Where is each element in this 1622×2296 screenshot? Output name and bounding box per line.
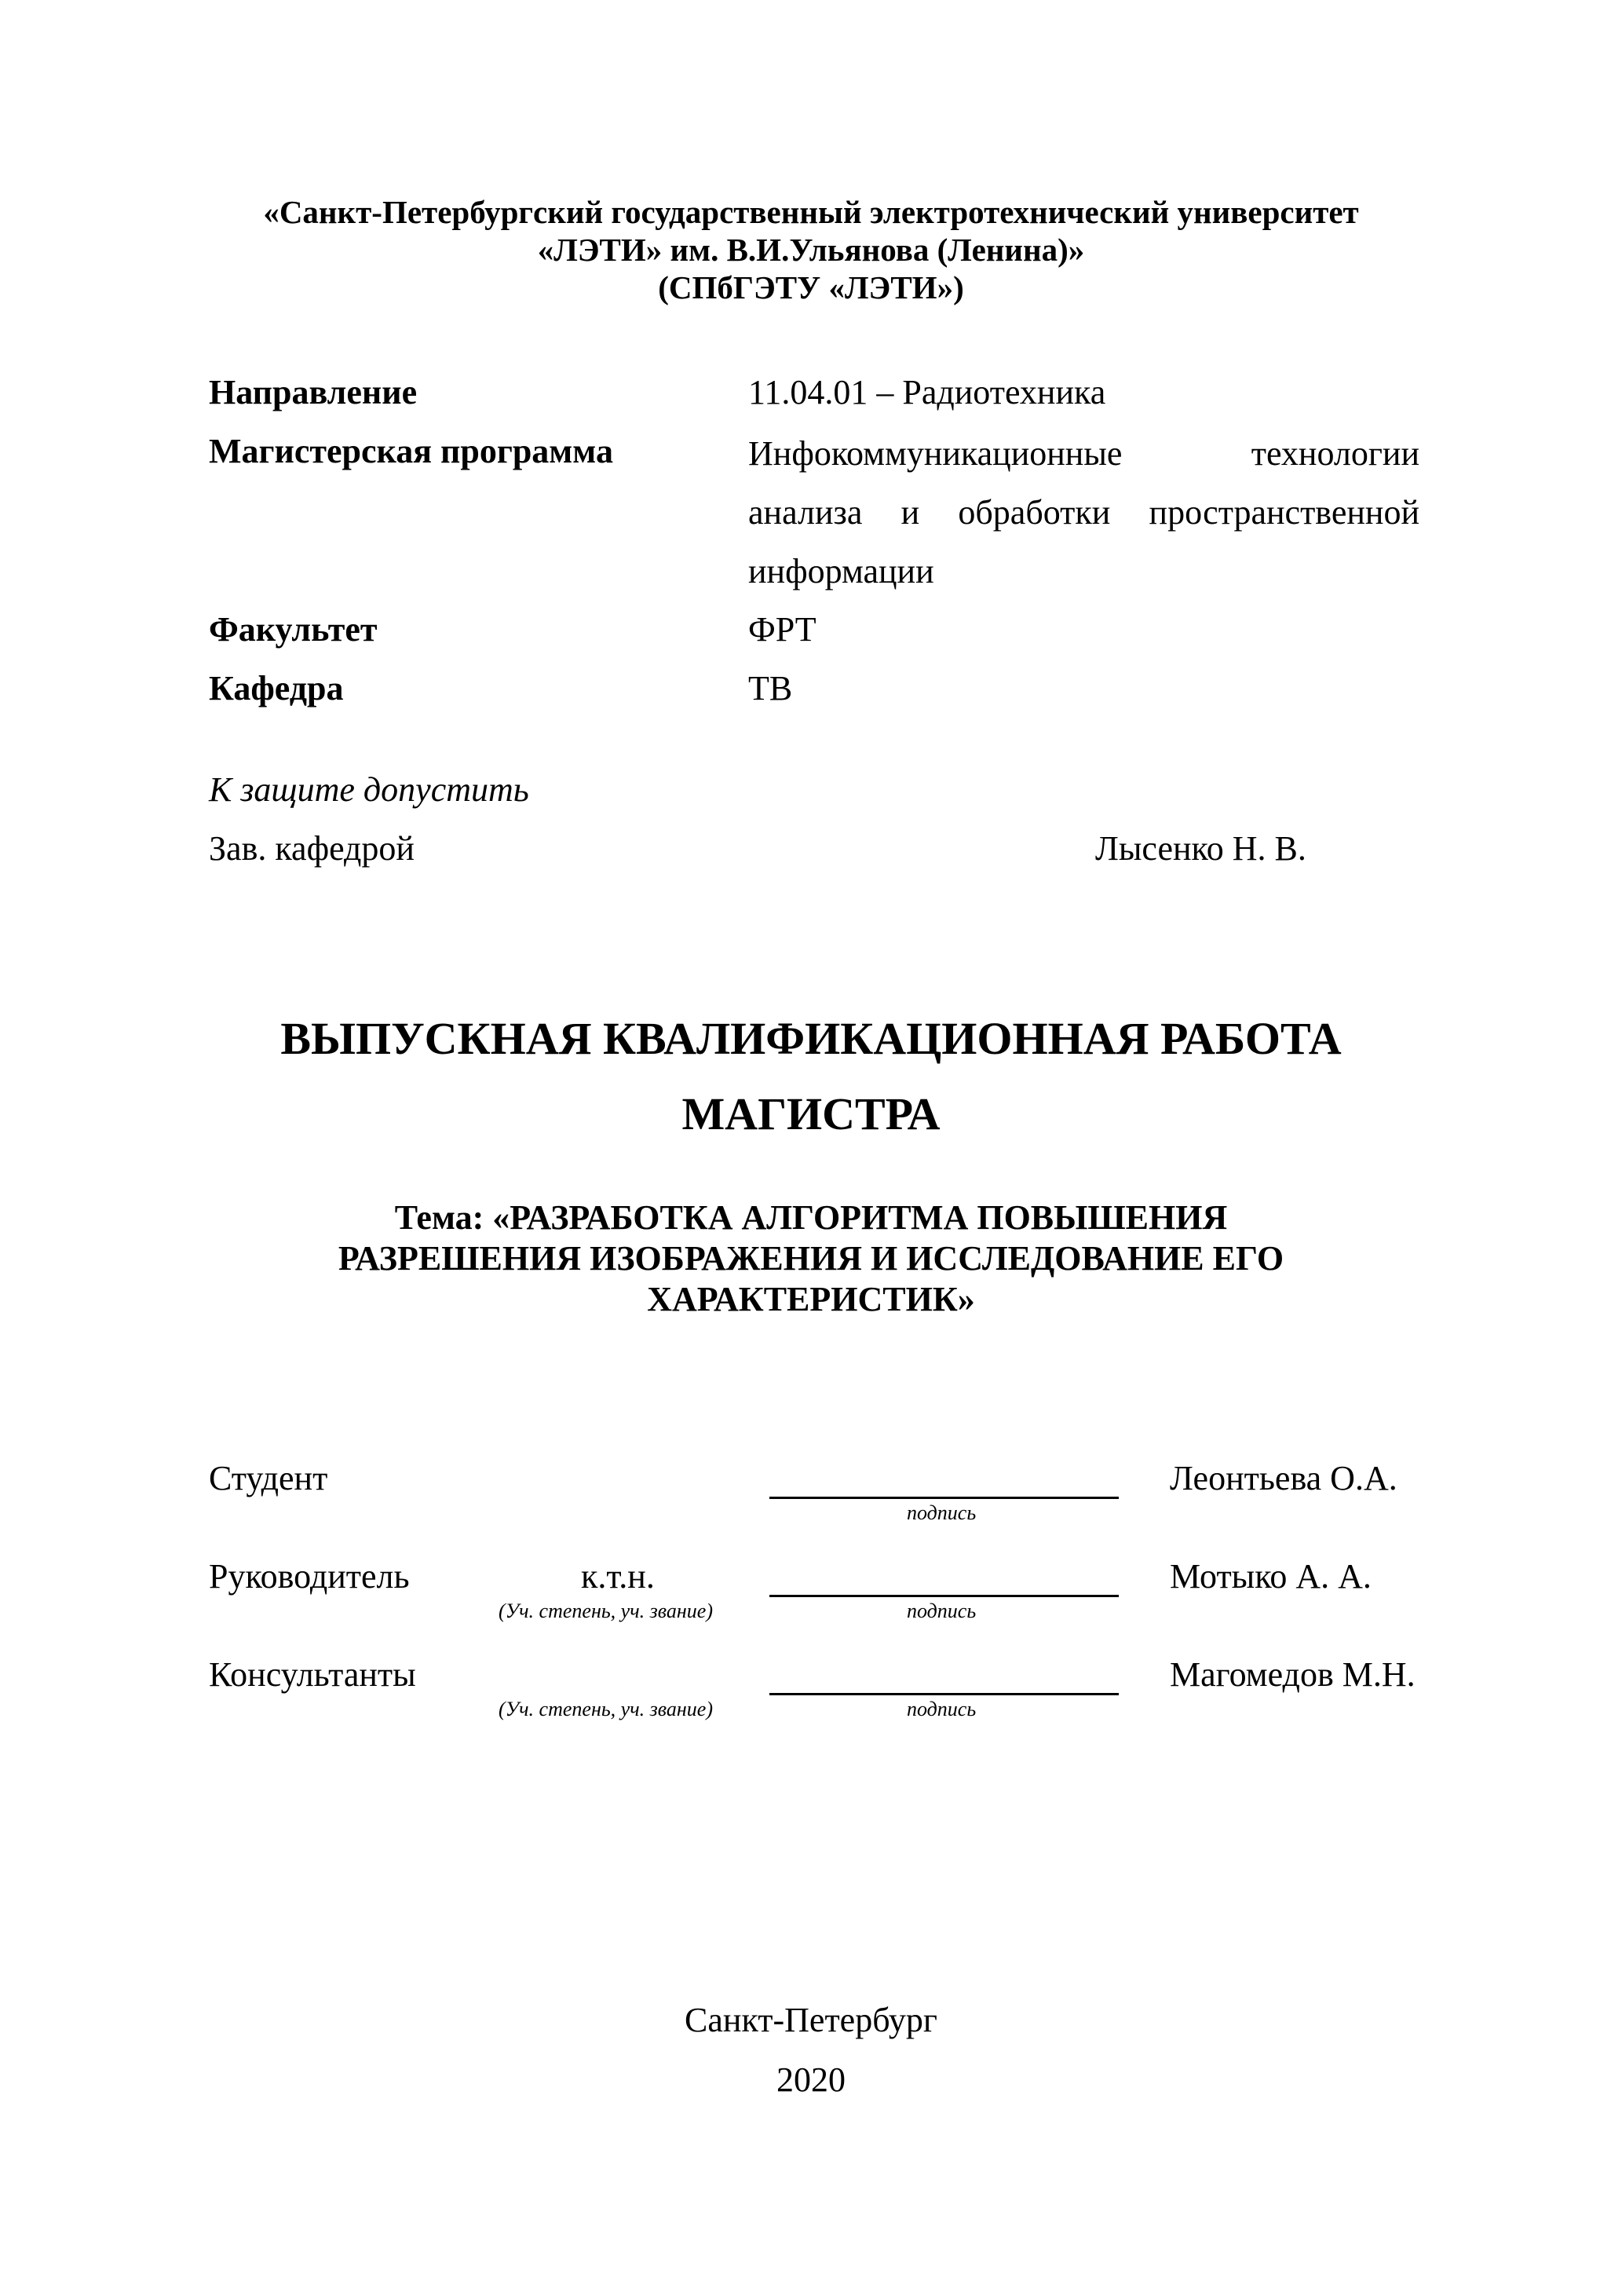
head-of-department-label: Зав. кафедрой — [209, 828, 415, 868]
university-header: «Санкт-Петербургский государственный эле… — [157, 193, 1465, 306]
footer: Санкт-Петербург 2020 — [157, 1991, 1465, 2110]
admission-text: К защите допустить — [209, 770, 529, 810]
signature-role-student: Студент — [209, 1458, 327, 1498]
faculty-label: Факультет — [209, 609, 377, 649]
signature-name-student: Леонтьева О.А. — [1170, 1458, 1397, 1498]
university-name-line2: «ЛЭТИ» им. В.И.Ульянова (Ленина)» — [157, 231, 1465, 269]
department-label: Кафедра — [209, 668, 343, 708]
signature-caption-student: подпись — [907, 1501, 976, 1525]
faculty-value: ФРТ — [748, 609, 816, 649]
footer-year: 2020 — [157, 2050, 1465, 2110]
thesis-theme: Тема: «РАЗРАБОТКА АЛГОРИТМА ПОВЫШЕНИЯ РА… — [196, 1197, 1426, 1320]
signature-caption-supervisor: подпись — [907, 1600, 976, 1623]
university-name-line1: «Санкт-Петербургский государственный эле… — [157, 193, 1465, 231]
signature-line-consultants — [769, 1693, 1119, 1695]
signature-role-consultants: Консультанты — [209, 1654, 416, 1695]
department-value: ТВ — [748, 668, 792, 708]
signature-caption-consultants: подпись — [907, 1698, 976, 1721]
degree-caption-supervisor: (Уч. степень, уч. звание) — [499, 1600, 713, 1623]
university-abbreviation: (СПбГЭТУ «ЛЭТИ») — [157, 269, 1465, 306]
signature-name-consultants: Магомедов М.Н. — [1170, 1654, 1416, 1695]
footer-city: Санкт-Петербург — [157, 1991, 1465, 2050]
thesis-theme-line3: ХАРАКТЕРИСТИК» — [196, 1279, 1426, 1320]
signature-line-supervisor — [769, 1595, 1119, 1597]
signature-name-supervisor: Мотыко А. А. — [1170, 1556, 1372, 1596]
thesis-theme-line2: РАЗРЕШЕНИЯ ИЗОБРАЖЕНИЯ И ИССЛЕДОВАНИЕ ЕГ… — [196, 1238, 1426, 1279]
signature-degree-supervisor: к.т.н. — [581, 1556, 655, 1596]
document-title-line1: ВЫПУСКНАЯ КВАЛИФИКАЦИОННАЯ РАБОТА — [157, 1001, 1465, 1077]
head-of-department-name: Лысенко Н. В. — [1095, 828, 1306, 868]
signature-role-supervisor: Руководитель — [209, 1556, 410, 1596]
direction-label: Направление — [209, 372, 417, 412]
document-title-line2: МАГИСТРА — [157, 1077, 1465, 1152]
program-label: Магистерская программа — [209, 431, 613, 471]
direction-value: 11.04.01 – Радиотехника — [748, 372, 1105, 412]
program-value: Инфокоммуникационные технологии анализа … — [748, 424, 1419, 601]
document-title: ВЫПУСКНАЯ КВАЛИФИКАЦИОННАЯ РАБОТА МАГИСТ… — [157, 1001, 1465, 1152]
thesis-theme-line1: Тема: «РАЗРАБОТКА АЛГОРИТМА ПОВЫШЕНИЯ — [196, 1197, 1426, 1238]
signature-line-student — [769, 1497, 1119, 1499]
degree-caption-consultants: (Уч. степень, уч. звание) — [499, 1698, 713, 1721]
